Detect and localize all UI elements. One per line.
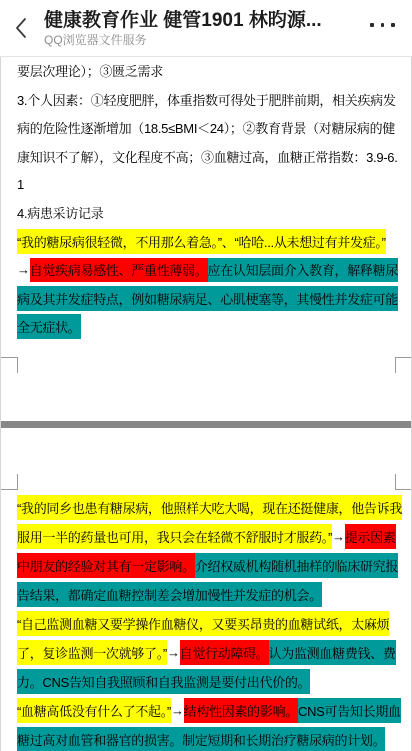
doc-line: →自觉疾病易感性、严重性薄弱。应在认知层面介入教育，解释糖尿	[1, 256, 411, 284]
doc-line: 糖过高对血管和器官的损害。制定短期和长期治疗糖尿病的计划。	[1, 725, 411, 751]
doc-text: 病的危险性逐渐增加（18.5≤BMI＜24）；②教育背景（对糖尿病的健	[17, 116, 395, 141]
page-title: 健康教育作业 健管1901 林昀源...	[44, 10, 366, 32]
doc-text-highlight-yellow: 了，复诊监测一次就够了。”	[17, 640, 167, 665]
doc-text-highlight-red: 自觉行动障碍。	[180, 640, 269, 665]
doc-text-highlight-red: 结构性因素的影响。	[184, 698, 298, 723]
doc-line: 病的危险性逐渐增加（18.5≤BMI＜24）；②教育背景（对糖尿病的健	[1, 114, 411, 142]
page-subtitle: QQ浏览器文件服务	[44, 33, 366, 48]
page-separator	[0, 421, 412, 428]
doc-line: “我的糖尿病很轻微，不用那么着急。”、“哈哈...从未想过有并发症。”	[1, 227, 411, 255]
doc-line: 康知识不了解），文化程度不高；③血糖过高，血糖正常指数：3.9-6.	[1, 142, 411, 170]
doc-text-highlight-teal: 应在认知层面介入教育，解释糖尿	[208, 258, 399, 283]
doc-text: 要层次理论）；③匮乏需求	[17, 59, 163, 84]
page1-bottom-right-crop-mark	[395, 357, 411, 373]
doc-line: 服用一半的药量也可用，我只会在轻微不舒服时才服药。”→提示因素	[1, 522, 411, 551]
page2-top-left-crop-mark	[1, 474, 18, 490]
back-button[interactable]	[0, 0, 44, 56]
doc-line: 了，复诊监测一次就够了。”→自觉行动障碍。认为监测血糖费钱、费	[1, 638, 411, 667]
doc-text-highlight-teal: 力。CNS告知自我照顾和自我监测是要付出代价的。	[17, 669, 310, 694]
doc-text-highlight-yellow: “我的糖尿病很轻微，不用那么着急。”、“哈哈...从未想过有并发症。”	[17, 229, 386, 254]
doc-text-highlight-teal: 全无症状。	[17, 314, 81, 339]
doc-text: →	[332, 526, 345, 547]
page-1-text: 要层次理论）；③匮乏需求3.个人因素：①轻度肥胖，体重指数可得处于肥胖前期，相关…	[1, 57, 411, 341]
doc-text-highlight-yellow: 服用一半的药量也可用，我只会在轻微不舒服时才服药。”	[17, 524, 332, 549]
app-header: 健康教育作业 健管1901 林昀源... QQ浏览器文件服务	[0, 0, 412, 57]
more-dots-icon	[381, 23, 385, 27]
doc-text: →	[171, 700, 184, 721]
doc-text: →	[17, 260, 30, 281]
page1-bottom-left-crop-mark	[1, 357, 18, 373]
doc-line: “自己监测血糖又要学操作血糖仪，又要买昂贵的血糖试纸，太麻烦	[1, 609, 411, 638]
doc-text-highlight-teal: 认为监测血糖费钱、费	[269, 640, 396, 665]
doc-text-highlight-teal: 病及其并发症特点，例如糖尿病足、心肌梗塞等，其慢性并发症可能	[17, 286, 398, 311]
doc-line: 病及其并发症特点，例如糖尿病足、心肌梗塞等，其慢性并发症可能	[1, 284, 411, 312]
doc-text-highlight-yellow: “我的同乡也患有糖尿病，他照样大吃大喝，现在还挺健康，他告诉我	[17, 495, 402, 520]
doc-line: 力。CNS告知自我照顾和自我监测是要付出代价的。	[1, 667, 411, 696]
more-options-button[interactable]	[366, 0, 412, 53]
doc-line: 3.个人因素：①轻度肥胖，体重指数可得处于肥胖前期，相关疾病发	[1, 85, 411, 113]
page2-top-right-crop-mark	[395, 474, 411, 490]
doc-text-highlight-teal: 糖过高对血管和器官的损害。制定短期和长期治疗糖尿病的计划。	[17, 727, 385, 751]
doc-line: “我的同乡也患有糖尿病，他照样大吃大喝，现在还挺健康，他告诉我	[1, 493, 411, 522]
doc-text: →	[167, 642, 180, 663]
doc-text-highlight-red: 提示因素	[345, 524, 396, 549]
doc-text: 4.病患采访记录	[17, 201, 103, 226]
doc-line: 要层次理论）；③匮乏需求	[1, 57, 411, 85]
more-dots-icon	[370, 23, 374, 27]
doc-text-highlight-red: 自觉疾病易感性、严重性薄弱。	[30, 258, 208, 283]
doc-text: 康知识不了解），文化程度不高；③血糖过高，血糖正常指数：3.9-6.	[17, 144, 398, 169]
doc-text-highlight-red: 中朋友的经验对其有一定影响。	[17, 553, 195, 578]
doc-text-highlight-teal: 介绍权威机构随机抽样的临床研究报	[195, 553, 398, 578]
doc-line: 1	[1, 171, 411, 199]
doc-line: “血糖高低没有什么了不起。”→结构性因素的影响。CNS可告知长期血	[1, 696, 411, 725]
document-viewer[interactable]: 要层次理论）；③匮乏需求3.个人因素：①轻度肥胖，体重指数可得处于肥胖前期，相关…	[0, 57, 412, 751]
more-dots-icon	[391, 23, 395, 27]
doc-text: 3.个人因素：①轻度肥胖，体重指数可得处于肥胖前期，相关疾病发	[17, 87, 396, 112]
doc-line: 全无症状。	[1, 313, 411, 341]
doc-text-highlight-teal: CNS可告知长期血	[298, 698, 401, 723]
doc-text-highlight-teal: 告结果，都确定血糖控制差会增加慢性并发症的机会。	[17, 582, 322, 607]
doc-line: 中朋友的经验对其有一定影响。介绍权威机构随机抽样的临床研究报	[1, 551, 411, 580]
page-2-text: “我的同乡也患有糖尿病，他照样大吃大喝，现在还挺健康，他告诉我服用一半的药量也可…	[1, 493, 411, 751]
doc-text-highlight-yellow: “血糖高低没有什么了不起。”	[17, 698, 171, 723]
doc-line: 4.病患采访记录	[1, 199, 411, 227]
doc-text-highlight-yellow: “自己监测血糖又要学操作血糖仪，又要买昂贵的血糖试纸，太麻烦	[17, 611, 389, 636]
chevron-left-icon	[11, 15, 33, 41]
doc-text: 1	[17, 175, 24, 196]
doc-line: 告结果，都确定血糖控制差会增加慢性并发症的机会。	[1, 580, 411, 609]
title-block: 健康教育作业 健管1901 林昀源... QQ浏览器文件服务	[44, 8, 366, 48]
